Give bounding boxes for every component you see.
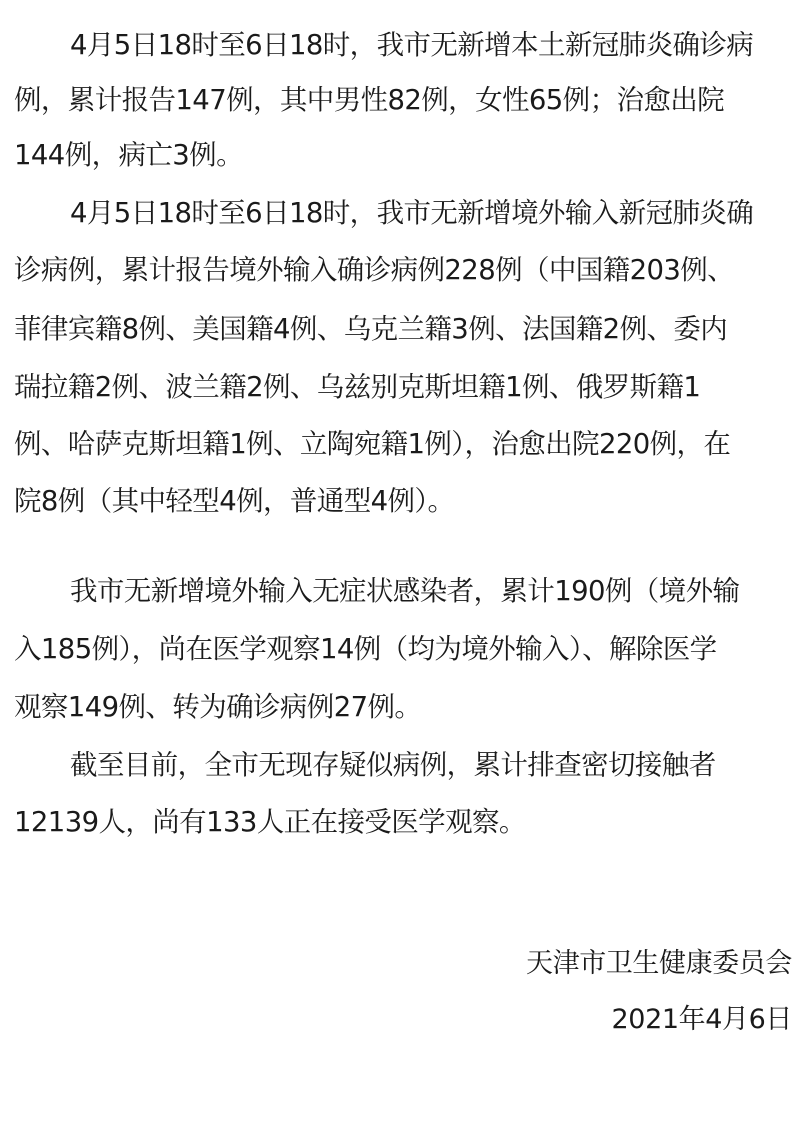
- signature-organization: 天津市卫生健康委员会: [526, 946, 792, 982]
- text-line: 瑞拉籍2例、波兰籍2例、乌兹别克斯坦籍1例、俄罗斯籍1: [14, 369, 700, 405]
- text-line: 截至目前，全市无现存疑似病例，累计排查密切接触者: [70, 747, 716, 783]
- signature-date: 2021年4月6日: [612, 1002, 792, 1038]
- text-line: 菲律宾籍8例、美国籍4例、乌克兰籍3例、法国籍2例、委内: [14, 311, 727, 347]
- text-line: 4月5日18时至6日18时，我市无新增本土新冠肺炎确诊病: [70, 27, 753, 63]
- text-line: 我市无新增境外输入无症状感染者，累计190例（境外输: [70, 573, 739, 609]
- text-line: 例，累计报告147例，其中男性82例，女性65例；治愈出院: [14, 82, 724, 118]
- text-line: 院8例（其中轻型4例，普通型4例）。: [14, 483, 454, 519]
- text-line: 例、哈萨克斯坦籍1例、立陶宛籍1例），治愈出院220例，在: [14, 426, 730, 462]
- text-line: 144例，病亡3例。: [14, 137, 243, 173]
- text-line: 入185例），尚在医学观察14例（均为境外输入）、解除医学: [14, 631, 717, 667]
- text-line: 诊病例，累计报告境外输入确诊病例228例（中国籍203例、: [14, 252, 734, 288]
- text-line: 观察149例、转为确诊病例27例。: [14, 689, 421, 725]
- text-line: 12139人，尚有133人正在接受医学观察。: [14, 804, 526, 840]
- text-line: 4月5日18时至6日18时，我市无新增境外输入新冠肺炎确: [70, 195, 753, 231]
